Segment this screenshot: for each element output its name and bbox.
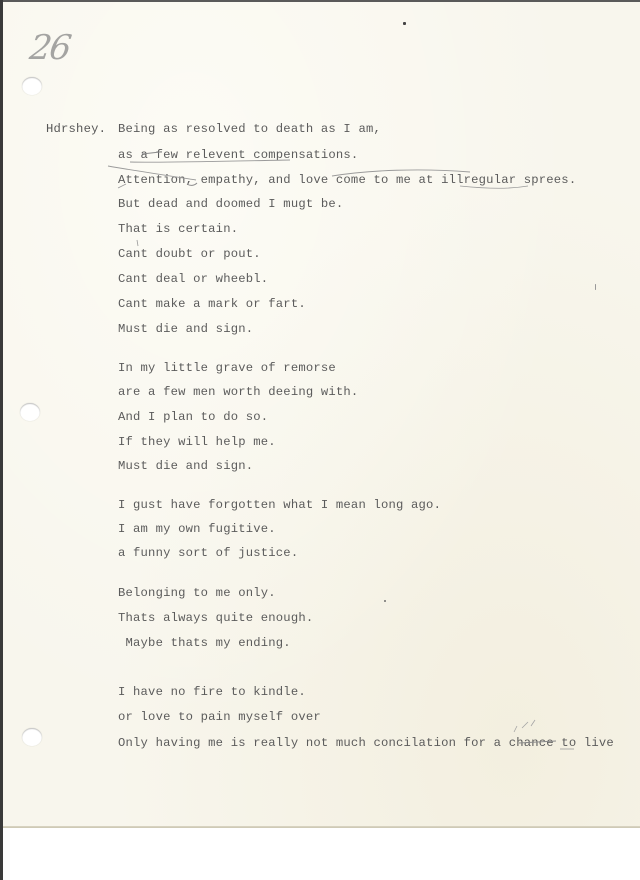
poem-line: But dead and doomed I mugt be. [118, 197, 343, 211]
poem-line: That is certain. [118, 222, 238, 236]
poem-line: Attention, empathy, and love come to me … [118, 173, 576, 187]
poem-line: Only having me is really not much concil… [118, 736, 614, 750]
poem-line: Belonging to me only. [118, 586, 276, 600]
poem-line: Must die and sign. [118, 322, 253, 336]
poem-line: If they will help me. [118, 435, 276, 449]
poem-line: I have no fire to kindle. [118, 685, 306, 699]
poem-line: Maybe thats my ending. [118, 636, 291, 650]
speaker-label: Hdrshey. [46, 122, 106, 136]
poem-line: Must die and sign. [118, 459, 253, 473]
poem-line: And I plan to do so. [118, 410, 268, 424]
poem-line: Being as resolved to death as I am, [118, 122, 381, 136]
poem-line: or love to pain myself over [118, 710, 321, 724]
poem-line: I am my own fugitive. [118, 522, 276, 536]
poem-line: Cant make a mark or fart. [118, 297, 306, 311]
poem-line: In my little grave of remorse [118, 361, 336, 375]
poem-line: Thats always quite enough. [118, 611, 313, 625]
poem-line: I gust have forgotten what I mean long a… [118, 498, 441, 512]
poem-line: Cant deal or wheebl. [118, 272, 268, 286]
poem-line: Cant doubt or pout. [118, 247, 261, 261]
poem-line: as a few relevent compensations. [118, 148, 358, 162]
poem-line: are a few men worth deeing with. [118, 385, 358, 399]
poem-line: a funny sort of justice. [118, 546, 298, 560]
scan-left-edge [0, 0, 3, 880]
poem-body: Hdrshey. Being as resolved to death as I… [0, 0, 640, 826]
scanned-page: 26 Hdrshey. Being as resolved to death a… [0, 0, 640, 827]
